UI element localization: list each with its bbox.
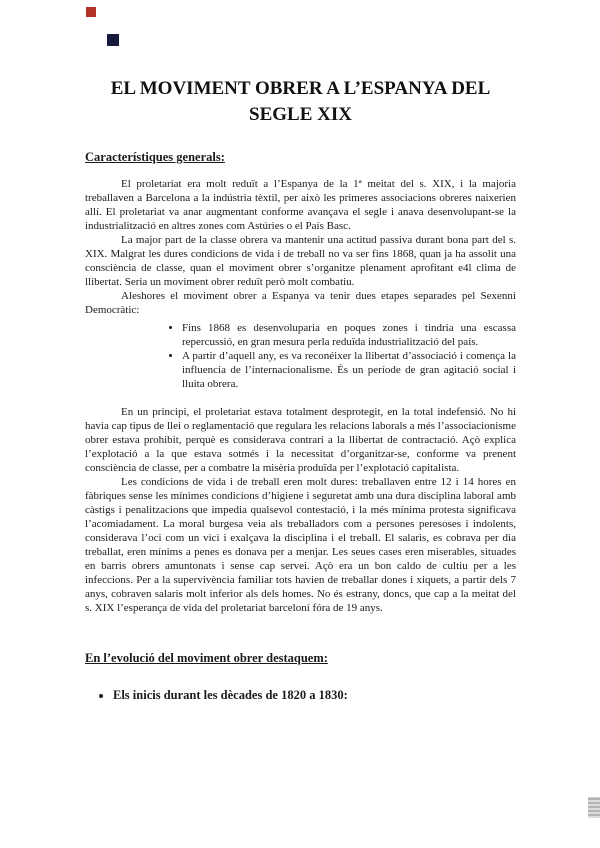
stage-bullet-list: Fins 1868 es desenvoluparia en poques zo… xyxy=(85,321,516,391)
paragraph-dues-etapes: Aleshores el moviment obrer a Espanya va… xyxy=(85,289,516,317)
document-page: EL MOVIMENT OBRER A L’ESPANYA DEL SEGLE … xyxy=(0,0,600,848)
red-square-marker xyxy=(86,7,96,17)
document-title-line1: EL MOVIMENT OBRER A L’ESPANYA DEL xyxy=(85,76,516,102)
scrollbar-thumb[interactable] xyxy=(588,797,600,818)
paragraph-desprotegit: En un principi, el proletariat estava to… xyxy=(85,405,516,475)
text-block: EL MOVIMENT OBRER A L’ESPANYA DEL SEGLE … xyxy=(85,76,516,703)
section-heading-evolucio: En l’evolució del moviment obrer destaqu… xyxy=(85,651,516,666)
paragraph-proletariat: El proletariat era molt reduït a l’Espan… xyxy=(85,177,516,233)
evolution-bullet-list: Els inicis durant les dècades de 1820 a … xyxy=(85,688,516,703)
section-heading-general: Característiques generals: xyxy=(85,150,516,165)
stage-bullet-fins-1868: Fins 1868 es desenvoluparia en poques zo… xyxy=(182,321,516,349)
navy-square-marker xyxy=(107,34,119,46)
document-title: EL MOVIMENT OBRER A L’ESPANYA DEL SEGLE … xyxy=(85,76,516,128)
paragraph-classe-obrera: La major part de la classe obrera va man… xyxy=(85,233,516,289)
stage-bullet-a-partir: A partir d’aquell any, es va reconéixer … xyxy=(182,349,516,391)
document-title-line2: SEGLE XIX xyxy=(85,102,516,128)
evolution-bullet-inicis: Els inicis durant les dècades de 1820 a … xyxy=(113,688,516,703)
paragraph-condicions-vida: Les condicions de vida i de treball eren… xyxy=(85,475,516,615)
